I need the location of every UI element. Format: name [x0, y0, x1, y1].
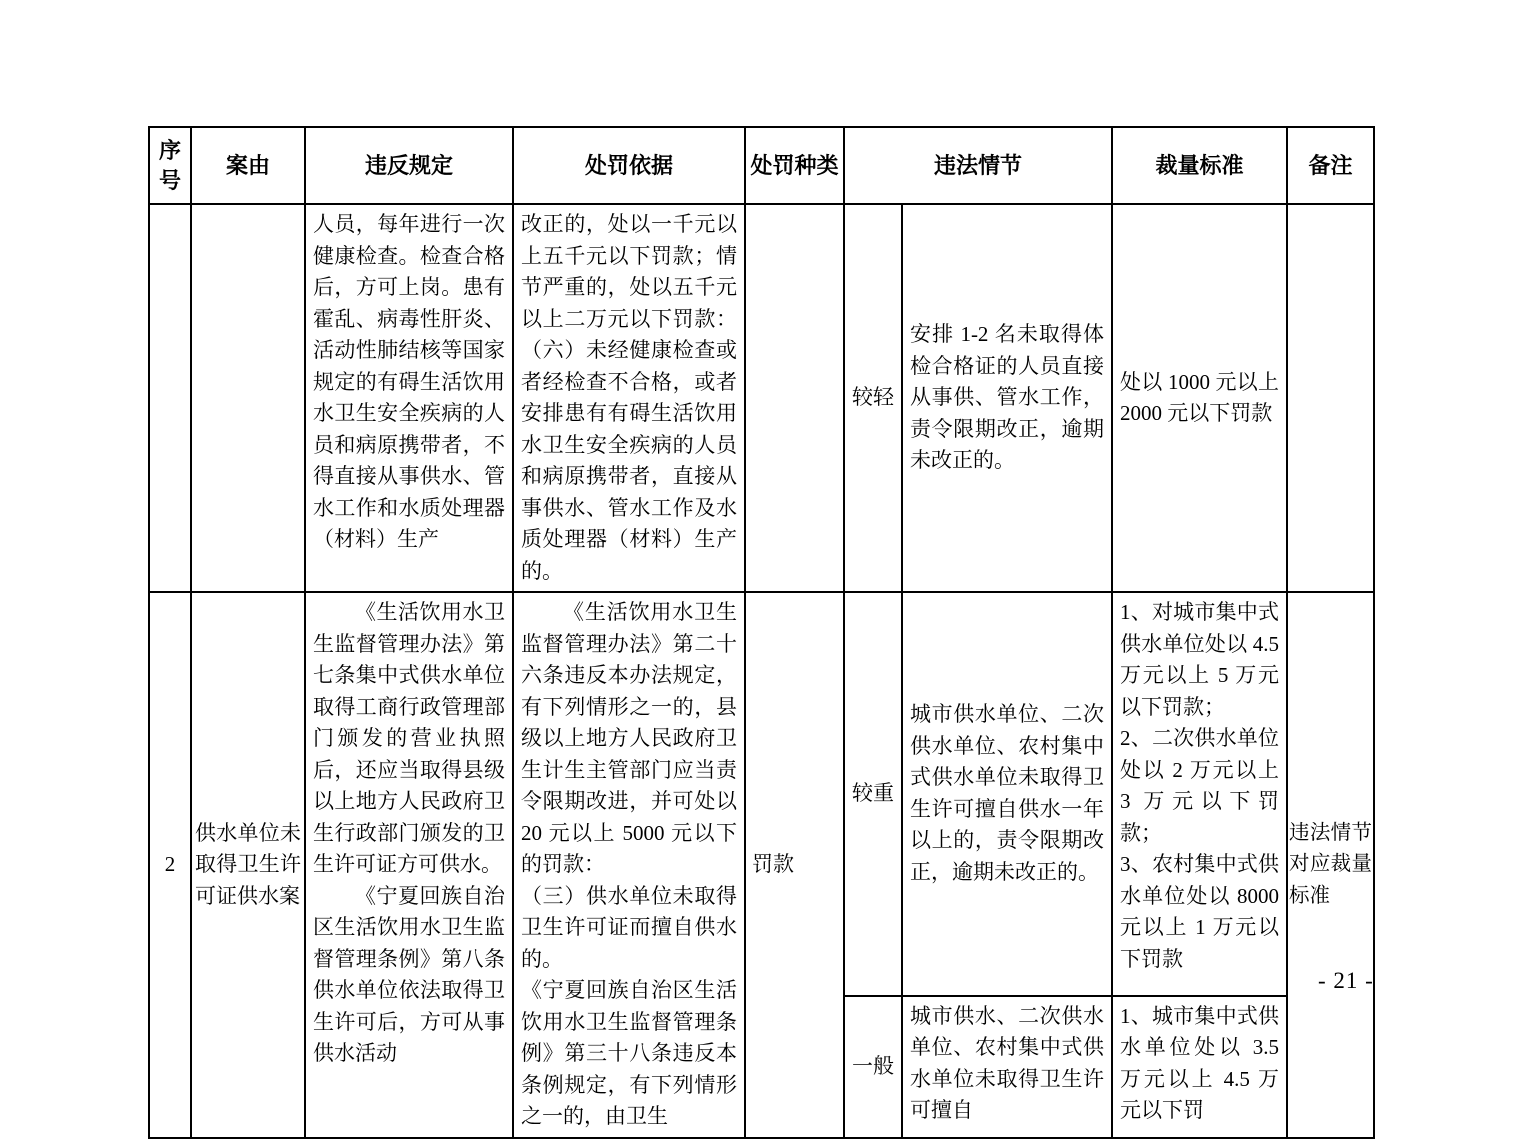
basis-paragraph-1: 《生活饮用水卫生监督管理办法》第二十六条违反本办法规定，有下列情形之一的，县级以…: [521, 597, 737, 881]
col-header-circumstance: 违法情节: [844, 127, 1112, 204]
cell-violation-row2: 《生活饮用水卫生监督管理办法》第七条集中式供水单位取得工商行政管理部门颁发的营业…: [305, 592, 513, 1138]
standard-item-1: 1、对城市集中式供水单位处以 4.5 万元以上 5 万元以下罚款；: [1120, 597, 1279, 723]
cell-basis-row1: 改正的，处以一千元以上五千元以下罚款；情节严重的，处以五千元以上二万元以下罚款：…: [513, 204, 745, 592]
violation-paragraph-1: 《生活饮用水卫生监督管理办法》第七条集中式供水单位取得工商行政管理部门颁发的营业…: [313, 597, 505, 881]
col-header-case: 案由: [191, 127, 305, 204]
remark-text: 违法情节对应裁量标准: [1289, 818, 1372, 913]
col-header-standard: 裁量标准: [1112, 127, 1287, 204]
circumstance-text: 城市供水单位、二次供水单位、农村集中式供水单位未取得卫生许可擅自供水一年以上的，…: [910, 699, 1104, 888]
standard-text: 1、城市集中式供水单位处以 3.5 万元以上 4.5 万元以下罚: [1120, 1001, 1279, 1127]
cell-circumstance-row2-severe: 城市供水单位、二次供水单位、农村集中式供水单位未取得卫生许可擅自供水一年以上的，…: [902, 592, 1112, 996]
circumstance-text: 安排 1-2 名未取得体检合格证的人员直接从事供、管水工作，责令限期改正，逾期未…: [910, 319, 1104, 477]
violation-text: 人员，每年进行一次健康检查。检查合格后，方可上岗。患有霍乱、病毒性肝炎、活动性肺…: [313, 209, 505, 556]
basis-text: 改正的，处以一千元以上五千元以下罚款；情节严重的，处以五千元以上二万元以下罚款：…: [521, 209, 737, 587]
cell-violation-row1: 人员，每年进行一次健康检查。检查合格后，方可上岗。患有霍乱、病毒性肝炎、活动性肺…: [305, 204, 513, 592]
cell-remark-row1: [1287, 204, 1374, 592]
cell-severity-row2-severe: 较重: [844, 592, 902, 996]
page-number: - 21 -: [1318, 968, 1374, 994]
standard-item-2: 2、二次供水单位处以 2 万元以上 3 万元以下罚款；: [1120, 723, 1279, 849]
col-header-seq: 序号: [149, 127, 191, 204]
cell-seq-row1: [149, 204, 191, 592]
standard-text: 处以 1000 元以上 2000 元以下罚款: [1120, 367, 1279, 430]
standard-item-3: 3、农村集中式供水单位处以 8000 元以上 1 万元以下罚款: [1120, 849, 1279, 975]
cell-remark-row2: 违法情节对应裁量标准: [1287, 592, 1374, 1138]
col-header-penalty-type: 处罚种类: [745, 127, 844, 204]
penalty-standards-table: 序号 案由 违反规定 处罚依据 处罚种类 违法情节 裁量标准 备注 人员，每年进…: [148, 126, 1375, 1139]
cell-circumstance-row2-general: 城市供水、二次供水单位、农村集中式供水单位未取得卫生许可擅自: [902, 996, 1112, 1138]
cell-severity-row1: 较轻: [844, 204, 902, 592]
cell-penalty-type-row2: 罚款: [745, 592, 844, 1138]
violation-paragraph-2: 《宁夏回族自治区生活饮用水卫生监督管理条例》第八条供水单位依法取得卫生许可后，方…: [313, 881, 505, 1070]
cell-circumstance-row1: 安排 1-2 名未取得体检合格证的人员直接从事供、管水工作，责令限期改正，逾期未…: [902, 204, 1112, 592]
cell-standard-row2-severe: 1、对城市集中式供水单位处以 4.5 万元以上 5 万元以下罚款； 2、二次供水…: [1112, 592, 1287, 996]
cell-case-row1: [191, 204, 305, 592]
basis-paragraph-3: 《宁夏回族自治区生活饮用水卫生监督管理条例》第三十八条违反本条例规定，有下列情形…: [521, 975, 737, 1133]
cell-case-row2: 供水单位未取得卫生许可证供水案: [191, 592, 305, 1138]
cell-severity-row2-general: 一般: [844, 996, 902, 1138]
cell-penalty-type-row1: [745, 204, 844, 592]
cell-standard-row1: 处以 1000 元以上 2000 元以下罚款: [1112, 204, 1287, 592]
col-header-violation: 违反规定: [305, 127, 513, 204]
circumstance-text: 城市供水、二次供水单位、农村集中式供水单位未取得卫生许可擅自: [910, 1001, 1104, 1127]
col-header-basis: 处罚依据: [513, 127, 745, 204]
case-text: 供水单位未取得卫生许可证供水案: [195, 818, 301, 913]
table-row-2-severe: 2 供水单位未取得卫生许可证供水案 《生活饮用水卫生监督管理办法》第七条集中式供…: [149, 592, 1374, 996]
cell-basis-row2: 《生活饮用水卫生监督管理办法》第二十六条违反本办法规定，有下列情形之一的，县级以…: [513, 592, 745, 1138]
col-header-remark: 备注: [1287, 127, 1374, 204]
cell-seq-row2: 2: [149, 592, 191, 1138]
cell-standard-row2-general: 1、城市集中式供水单位处以 3.5 万元以上 4.5 万元以下罚: [1112, 996, 1287, 1138]
table-row-1-continuation: 人员，每年进行一次健康检查。检查合格后，方可上岗。患有霍乱、病毒性肝炎、活动性肺…: [149, 204, 1374, 592]
basis-paragraph-2: （三）供水单位未取得卫生许可证而擅自供水的。: [521, 881, 737, 976]
header-row: 序号 案由 违反规定 处罚依据 处罚种类 违法情节 裁量标准 备注: [149, 127, 1374, 204]
